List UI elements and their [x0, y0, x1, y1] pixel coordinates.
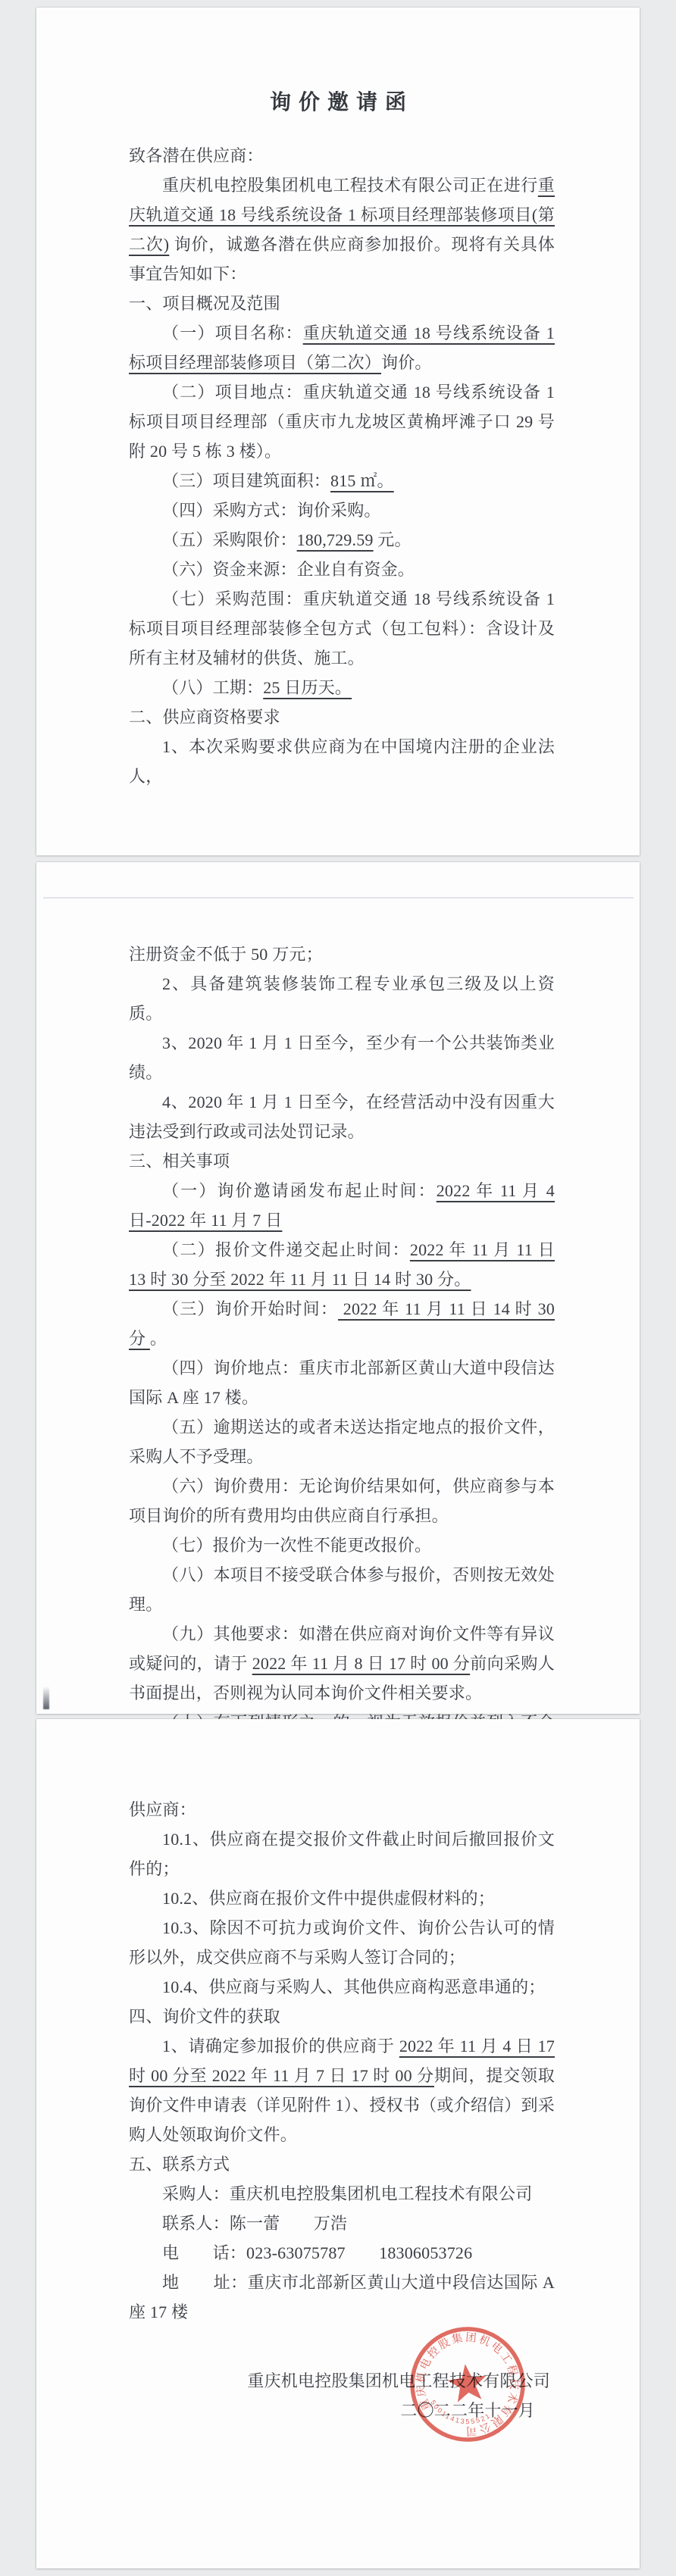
text-segment: 询价，诚邀各潜在供应商参加报价。现将有关具体事宜告知如下： [129, 235, 555, 283]
text-segment: （一）项目名称： [162, 324, 303, 342]
document-title: 询价邀请函 [129, 88, 555, 118]
underlined-text: 180,729.59 [297, 530, 374, 549]
svg-text:5001141355521: 5001141355521 [429, 2399, 493, 2425]
text-segment: （六）询价费用：无论询价结果如何，供应商参与本项目询价的所有费用均由供应商自行承… [129, 1477, 555, 1525]
paragraph: （四）采购方式：询价采购。 [129, 496, 555, 525]
text-segment: 二、供应商资格要求 [129, 708, 280, 727]
text-segment: 四、询价文件的获取 [129, 2007, 280, 2026]
paragraph: （一）询价邀请函发布起止时间：2022 年 11 月 4 日-2022 年 11… [129, 1176, 555, 1235]
paragraph: （二）项目地点：重庆轨道交通 18 号线系统设备 1 标项目项目经理部（重庆市九… [129, 377, 555, 466]
paragraph: 重庆机电控股集团机电工程技术有限公司正在进行重庆轨道交通 18 号线系统设备 1… [129, 170, 555, 289]
paragraph: （一）项目名称：重庆轨道交通 18 号线系统设备 1 标项目经理部装修项目（第二… [129, 318, 555, 377]
paragraph: （七）报价为一次性不能更改报价。 [129, 1530, 555, 1560]
seal-star-icon [446, 2362, 489, 2403]
paragraph: 供应商： [129, 1795, 555, 1824]
paragraph: （二）报价文件递交起止时间：2022 年 11 月 11 日 13 时 30 分… [129, 1235, 555, 1294]
text-segment: （四）询价地点：重庆市北部新区黄山大道中段信达国际 A 座 17 楼。 [129, 1358, 555, 1407]
text-segment: 重庆机电控股集团机电工程技术有限公司正在进行 [162, 176, 538, 195]
text-segment: 元。 [374, 530, 412, 549]
scan-fold-line [43, 897, 634, 899]
paragraph: 10.3、除因不可抗力或询价文件、询价公告认可的情形以外，成交供应商不与采购人签… [129, 1913, 555, 1972]
paragraph: （三）项目建筑面积：815 ㎡。 [129, 466, 555, 496]
text-segment: （三）项目建筑面积： [162, 471, 330, 490]
text-segment: （六）资金来源：企业自有资金。 [162, 560, 415, 579]
paragraph: （三）询价开始时间： 2022 年 11 月 11 日 14 时 30 分 。 [129, 1294, 555, 1353]
text-segment: 10.3、除因不可抗力或询价文件、询价公告认可的情形以外，成交供应商不与采购人签… [129, 1918, 555, 1967]
text-segment: 1、请确定参加报价的供应商于 [162, 2037, 399, 2055]
paragraph: 10.2、供应商在报价文件中提供虚假材料的； [129, 1884, 555, 1913]
text-segment: 电 话：023-63075787 18306053726 [162, 2243, 472, 2262]
text-segment: 10.2、供应商在报价文件中提供虚假材料的； [162, 1889, 495, 1908]
text-segment: 采购人：重庆机电控股集团机电工程技术有限公司 [162, 2184, 532, 2203]
text-segment: （七）报价为一次性不能更改报价。 [162, 1536, 431, 1555]
paragraph: 采购人：重庆机电控股集团机电工程技术有限公司 [129, 2179, 555, 2209]
page-1: 询价邀请函致各潜在供应商：重庆机电控股集团机电工程技术有限公司正在进行重庆轨道交… [36, 8, 640, 855]
underlined-text: 815 ㎡。 [330, 471, 394, 490]
text-segment: 询价。 [381, 353, 432, 372]
paragraph: 3、2020 年 1 月 1 日至今，至少有一个公共装饰类业绩。 [129, 1028, 555, 1087]
text-segment: 。 [150, 1329, 167, 1348]
text-segment: （四）采购方式：询价采购。 [162, 501, 381, 520]
paragraph: 电 话：023-63075787 18306053726 [129, 2238, 555, 2268]
paragraph: （九）其他要求：如潜在供应商对询价文件等有异议或疑问的，请于 2022 年 11… [129, 1619, 555, 1708]
text-segment: （二）项目地点：重庆轨道交通 18 号线系统设备 1 标项目项目经理部（重庆市九… [129, 383, 555, 461]
paragraph: （八）本项目不接受联合体参与报价，否则按无效处理。 [129, 1560, 555, 1619]
paragraph: （八）工期：25 日历天。 [129, 673, 555, 702]
seal-number-text: 5001141355521 [429, 2399, 493, 2425]
text-segment: （八）工期： [162, 678, 263, 697]
text-segment: 五、联系方式 [129, 2155, 230, 2174]
text-segment: 4、2020 年 1 月 1 日至今，在经营活动中没有因重大违法受到行政或司法处… [129, 1093, 555, 1141]
text-segment: （三）询价开始时间： [162, 1299, 338, 1318]
paragraph: （五）采购限价：180,729.59 元。 [129, 525, 555, 555]
scan-artifact [43, 1687, 49, 1709]
text-segment: 联系人：陈一蕾 万浩 [162, 2214, 347, 2233]
paragraph: （五）逾期送达的或者未送达指定地点的报价文件，采购人不予受理。 [129, 1412, 555, 1471]
paragraph: 地 址：重庆市北部新区黄山大道中段信达国际 A 座 17 楼 [129, 2268, 555, 2327]
text-segment: 地 址：重庆市北部新区黄山大道中段信达国际 A 座 17 楼 [129, 2273, 555, 2321]
text-segment: 注册资金不低于 50 万元； [129, 945, 323, 964]
text-segment: （五）逾期送达的或者未送达指定地点的报价文件，采购人不予受理。 [129, 1418, 555, 1466]
text-segment: 致各潜在供应商： [129, 146, 264, 165]
text-segment: 10.4、供应商与采购人、其他供应商构恶意串通的； [162, 1977, 546, 1996]
text-segment: 10.1、供应商在提交报价文件截止时间后撤回报价文件的； [129, 1830, 555, 1878]
section-heading: 三、相关事项 [129, 1146, 555, 1176]
text-segment: （八）本项目不接受联合体参与报价，否则按无效处理。 [129, 1565, 555, 1614]
page-1-content: 询价邀请函致各潜在供应商：重庆机电控股集团机电工程技术有限公司正在进行重庆轨道交… [36, 8, 640, 791]
section-heading: 四、询价文件的获取 [129, 2002, 555, 2031]
paragraph: 4、2020 年 1 月 1 日至今，在经营活动中没有因重大违法受到行政或司法处… [129, 1087, 555, 1146]
text-segment: （五）采购限价： [162, 530, 297, 549]
section-heading: 五、联系方式 [129, 2149, 555, 2179]
page-3: 供应商：10.1、供应商在提交报价文件截止时间后撤回报价文件的；10.2、供应商… [36, 1719, 640, 2568]
paragraph: （六）资金来源：企业自有资金。 [129, 555, 555, 584]
text-segment: 供应商： [129, 1800, 196, 1819]
paragraph: （四）询价地点：重庆市北部新区黄山大道中段信达国际 A 座 17 楼。 [129, 1353, 555, 1412]
text-segment: （一）询价邀请函发布起止时间： [162, 1181, 437, 1200]
paragraph: 10.1、供应商在提交报价文件截止时间后撤回报价文件的； [129, 1824, 555, 1884]
paragraph: 致各潜在供应商： [129, 141, 555, 170]
text-segment: （二）报价文件递交起止时间： [162, 1240, 410, 1259]
text-segment: 1、本次采购要求供应商为在中国境内注册的企业法人， [129, 737, 555, 786]
paragraph: （六）询价费用：无论询价结果如何，供应商参与本项目询价的所有费用均由供应商自行承… [129, 1471, 555, 1530]
paragraph: （七）采购范围：重庆轨道交通 18 号线系统设备 1 标项目项目经理部装修全包方… [129, 584, 555, 673]
paragraph: 1、本次采购要求供应商为在中国境内注册的企业法人， [129, 732, 555, 791]
page-2: 注册资金不低于 50 万元；2、具备建筑装修装饰工程专业承包三级及以上资质。3、… [36, 862, 640, 1714]
section-heading: 二、供应商资格要求 [129, 702, 555, 732]
paragraph: 2、具备建筑装修装饰工程专业承包三级及以上资质。 [129, 969, 555, 1028]
underlined-text: 2022 年 11 月 8 日 17 时 00 分 [252, 1654, 470, 1673]
paragraph: 1、请确定参加报价的供应商于 2022 年 11 月 4 日 17 时 00 分… [129, 2031, 555, 2149]
scanned-document-viewer: { "document": { "title": "询价邀请函" }, "sea… [0, 0, 676, 2576]
underlined-text: 25 日历天。 [263, 678, 352, 697]
text-segment: 3、2020 年 1 月 1 日至今，至少有一个公共装饰类业绩。 [129, 1033, 555, 1082]
page-3-content: 供应商：10.1、供应商在提交报价文件截止时间后撤回报价文件的；10.2、供应商… [36, 1719, 640, 2425]
text-segment: （七）采购范围：重庆轨道交通 18 号线系统设备 1 标项目项目经理部装修全包方… [129, 589, 555, 667]
section-heading: 一、项目概况及范围 [129, 289, 555, 318]
paragraph: 联系人：陈一蕾 万浩 [129, 2209, 555, 2238]
paragraph: 10.4、供应商与采购人、其他供应商构恶意串通的； [129, 1972, 555, 2002]
text-segment: 一、项目概况及范围 [129, 294, 280, 313]
page-2-content: 注册资金不低于 50 万元；2、具备建筑装修装饰工程专业承包三级及以上资质。3、… [36, 862, 640, 1767]
company-seal-stamp: 重庆机电控股集团机电工程技术有限公司 5001141355521 [407, 2324, 528, 2445]
paragraph: 注册资金不低于 50 万元； [129, 939, 555, 969]
text-segment: 2、具备建筑装修装饰工程专业承包三级及以上资质。 [129, 974, 555, 1023]
text-segment: 三、相关事项 [129, 1152, 230, 1171]
text-segment: 询价邀请函 [270, 91, 414, 114]
